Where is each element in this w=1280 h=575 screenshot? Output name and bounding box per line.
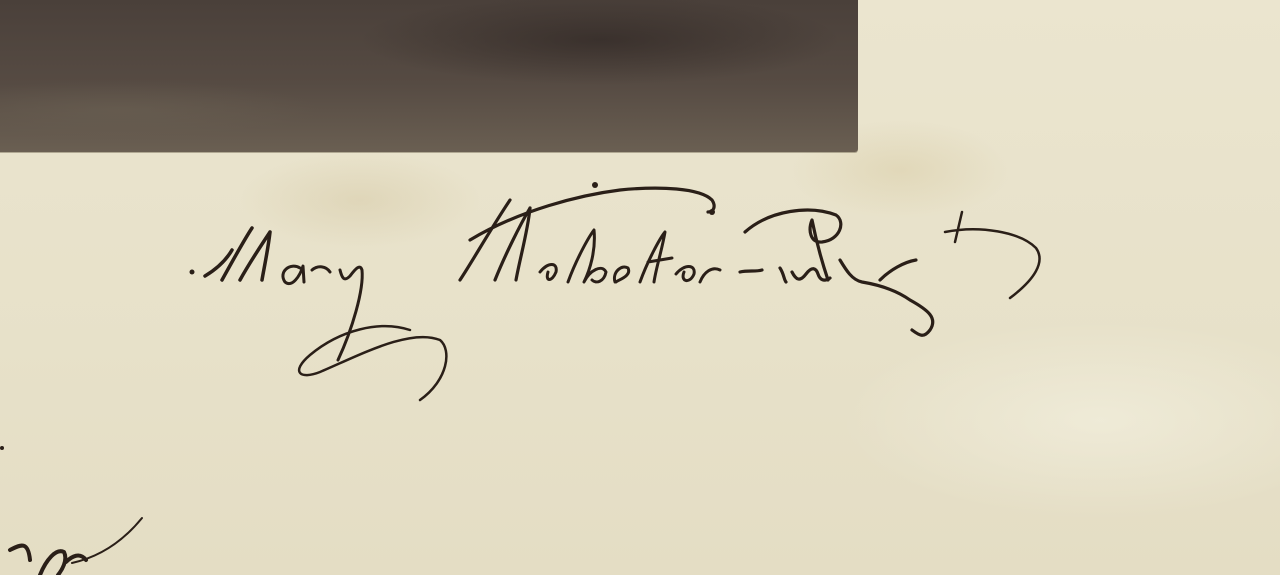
signature-text: Mary Webster Pinxt (190, 215, 200, 216)
handwritten-signature (0, 0, 1280, 575)
